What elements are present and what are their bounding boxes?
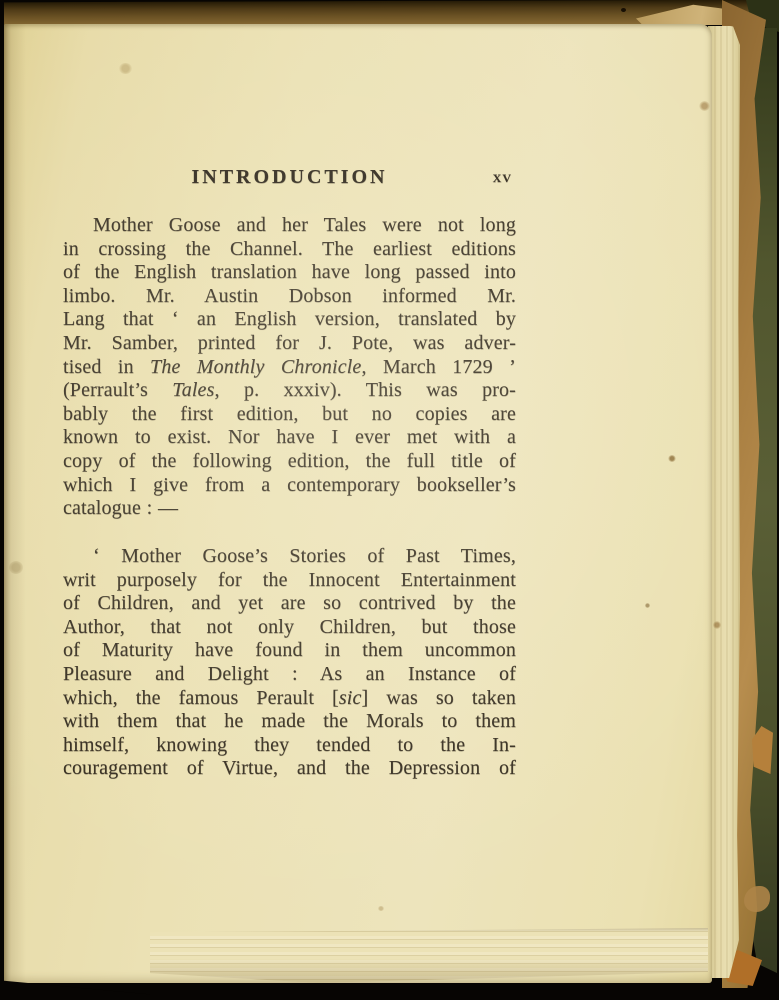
body-text: Mr. Samber, printed for J. Pote, was adv… (63, 332, 516, 354)
body-text: in crossing the Channel. The earliest ed… (63, 238, 516, 260)
text-line: tised in The Monthly Chronicle, March 17… (63, 356, 516, 380)
italic-text: The Monthly Chronicle (150, 356, 361, 378)
text-line: of the English translation have long pas… (63, 261, 516, 285)
italic-text: sic (339, 687, 362, 709)
text-line: limbo. Mr. Austin Dobson informed Mr. (63, 285, 516, 309)
body-text: writ purposely for the Innocent Entertai… (63, 569, 516, 591)
body-text: bably the first edition, but no copies a… (63, 403, 516, 425)
text-line: with them that he made the Morals to the… (63, 710, 516, 734)
text-line: which, the famous Perault [sic] was so t… (63, 687, 516, 711)
scanned-book-photo: INTRODUCTION xv Mother Goose and her Tal… (0, 0, 779, 1000)
page-fore-edge (708, 26, 740, 978)
body-text: copy of the following edition, the full … (63, 450, 516, 472)
italic-text: Tales (172, 379, 214, 401)
body-text: couragement of Virtue, and the Depressio… (63, 757, 516, 779)
text-line: of Maturity have found in them uncommon (63, 639, 516, 663)
body-text: Author, that not only Children, but thos… (63, 616, 516, 638)
body-text: limbo. Mr. Austin Dobson informed Mr. (63, 285, 516, 307)
text-line: bably the first edition, but no copies a… (63, 403, 516, 427)
page-title: INTRODUCTION (63, 163, 516, 191)
page-number: xv (493, 163, 512, 191)
body-text: which I give from a contemporary booksel… (63, 474, 516, 496)
text-line: Mr. Samber, printed for J. Pote, was adv… (63, 332, 516, 356)
text-line: catalogue : — (63, 497, 516, 521)
text-line: writ purposely for the Innocent Entertai… (63, 569, 516, 593)
paragraph: Mother Goose and her Tales were not long… (63, 214, 516, 521)
body-text: catalogue : — (63, 497, 178, 519)
body-text: of Children, and yet are so contrived by… (63, 592, 516, 614)
text-line: Pleasure and Delight : As an Instance of (63, 663, 516, 687)
text-line: known to exist. Nor have I ever met with… (63, 426, 516, 450)
body-text: with them that he made the Morals to the… (63, 710, 516, 732)
body-text: Lang that ‘ an English version, translat… (63, 308, 516, 330)
text-line: himself, knowing they tended to the In- (63, 734, 516, 758)
text-line: of Children, and yet are so contrived by… (63, 592, 516, 616)
body-text: known to exist. Nor have I ever met with… (63, 426, 516, 448)
body-text: ‘ Mother Goose’s Stories of Past Times, (93, 545, 516, 567)
body-text: tised in (63, 356, 150, 378)
body-text: Mother Goose and her Tales were not long (93, 214, 516, 236)
text-line: ‘ Mother Goose’s Stories of Past Times, (63, 545, 516, 569)
text-line: Mother Goose and her Tales were not long (63, 214, 516, 238)
body-text: himself, knowing they tended to the In- (63, 734, 516, 756)
book-page: INTRODUCTION xv Mother Goose and her Tal… (4, 24, 712, 983)
text-line: which I give from a contemporary booksel… (63, 474, 516, 498)
body-text: which, the famous Perault [ (63, 687, 339, 709)
body-text: ] was so taken (362, 687, 516, 709)
text-block: Mother Goose and her Tales were not long… (63, 214, 516, 781)
body-text: Pleasure and Delight : As an Instance of (63, 663, 516, 685)
text-line: Lang that ‘ an English version, translat… (63, 308, 516, 332)
debris-speck (621, 8, 626, 12)
text-line: copy of the following edition, the full … (63, 450, 516, 474)
text-line: Author, that not only Children, but thos… (63, 616, 516, 640)
text-line: (Perrault’s Tales, p. xxxiv). This was p… (63, 379, 516, 403)
body-text: , March 1729 ’ (361, 356, 516, 378)
body-text: (Perrault’s (63, 379, 172, 401)
body-text: , p. xxxiv). This was pro- (215, 379, 516, 401)
text-line: couragement of Virtue, and the Depressio… (63, 757, 516, 781)
paragraph: ‘ Mother Goose’s Stories of Past Times,w… (63, 545, 516, 781)
body-text: of Maturity have found in them uncommon (63, 639, 516, 661)
running-head: INTRODUCTION xv (63, 163, 516, 191)
body-text: of the English translation have long pas… (63, 261, 516, 283)
text-line: in crossing the Channel. The earliest ed… (63, 238, 516, 262)
